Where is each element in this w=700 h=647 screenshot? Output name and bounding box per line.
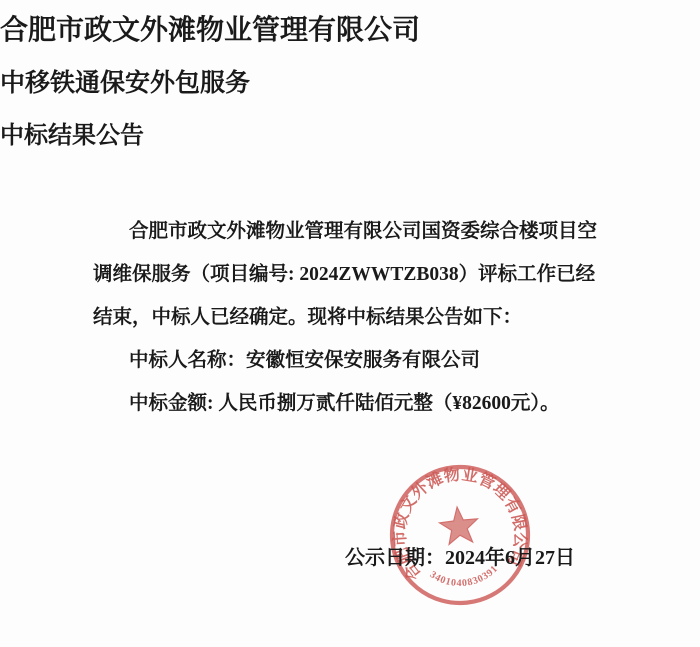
seal-star-icon xyxy=(438,505,480,545)
title-project-name: 中移铁通保安外包服务 xyxy=(0,69,700,98)
bid-amount-line: 中标金额: 人民币捌万贰仟陆佰元整（¥82600元）。 xyxy=(93,382,603,425)
body-line-1: 合肥市政文外滩物业管理有限公司国资委综合楼项目空 xyxy=(93,210,603,253)
company-seal: 合肥市政文外滩物业管理有限公司 3401040830391 xyxy=(385,460,535,610)
publish-date: 公示日期：2024年6月27日 xyxy=(345,541,575,570)
body-paragraph: 合肥市政文外滩物业管理有限公司国资委综合楼项目空 调维保服务（项目编号: 202… xyxy=(93,210,603,425)
document-page: 合肥市政文外滩物业管理有限公司 中移铁通保安外包服务 中标结果公告 合肥市政文外… xyxy=(0,0,700,647)
title-announcement: 中标结果公告 xyxy=(0,122,700,150)
body-line-3: 结束，中标人已经确定。现将中标结果公告如下： xyxy=(93,296,603,339)
title-company-name: 合肥市政文外滩物业管理有限公司 xyxy=(0,15,700,47)
body-line-2: 调维保服务（项目编号: 2024ZWWTZB038）评标工作已经 xyxy=(93,253,603,296)
winner-name-line: 中标人名称：安徽恒安保安服务有限公司 xyxy=(93,339,603,382)
